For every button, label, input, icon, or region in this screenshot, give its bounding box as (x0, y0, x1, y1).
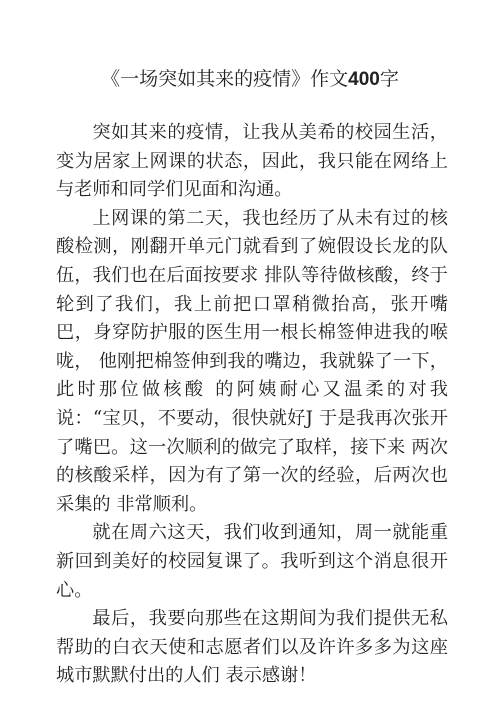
title-number: 400 (348, 69, 380, 90)
document-title: 《一场突如其来的疫情》作文400字 (0, 66, 500, 93)
document-page: 《一场突如其来的疫情》作文400字 突如其来的疫情，让我从美希的校园生活，变为居… (0, 0, 500, 706)
title-suffix: 字 (380, 68, 399, 90)
essay-body: 突如其来的疫情，让我从美希的校园生活，变为居家上网课的状态，因此，我只能在网络上… (56, 119, 448, 691)
title-prefix: 《一场突如其来的疫情》作文 (101, 68, 348, 90)
paragraph-4: 最后，我要向那些在这期间为我们提供无私帮助的白衣天使和志愿者们以及许许多多为这座… (56, 605, 448, 691)
paragraph-1: 突如其来的疫情，让我从美希的校园生活，变为居家上网课的状态，因此，我只能在网络上… (56, 119, 448, 205)
paragraph-2: 上网课的第二天，我也经历了从未有过的核酸检测，刚翻开单元门就看到了婉假设长龙的队… (56, 205, 448, 520)
paragraph-3: 就在周六这天，我们收到通知，周一就能重新回到美好的校园复课了。我听到这个消息很开… (56, 519, 448, 605)
